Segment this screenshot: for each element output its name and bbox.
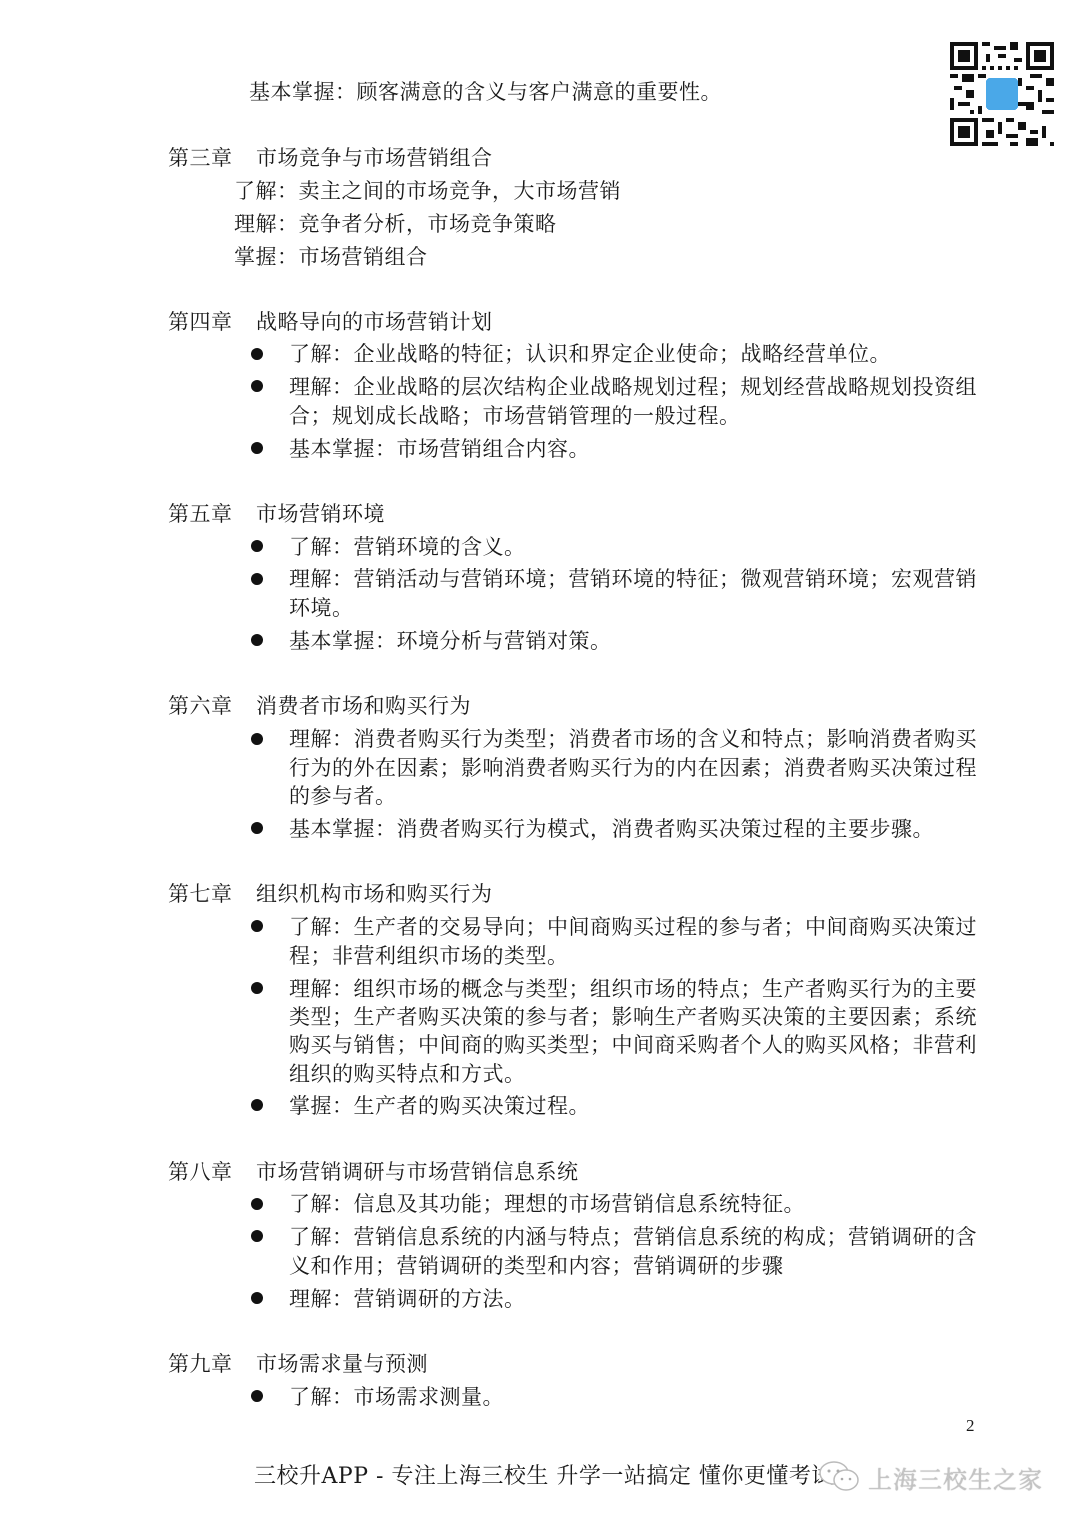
bullet-text: 理解：营销活动与营销环境；营销环境的特征；微观营销环境；宏观营销: [289, 565, 977, 593]
bullet-text: 基本掌握：消费者购买行为模式，消费者购买决策过程的主要步骤。: [289, 815, 934, 843]
bullet-text: 类型；生产者购买决策的参与者；影响生产者购买决策的主要因素；系统: [289, 1003, 977, 1031]
document-page: 基本掌握：顾客满意的含义与客户满意的重要性。 第三章市场竞争与市场营销组合 了解…: [0, 0, 1080, 1527]
intro-line: 基本掌握：顾客满意的含义与客户满意的重要性。: [249, 78, 722, 106]
chapter-title: 消费者市场和购买行为: [256, 694, 471, 718]
chapter-number: 第三章: [168, 144, 256, 172]
bullet-text: 基本掌握：市场营销组合内容。: [289, 435, 590, 463]
bullet-text: 环境。: [289, 594, 354, 622]
bullet-text: 了解：生产者的交易导向；中间商购买过程的参与者；中间商购买决策过: [289, 913, 977, 941]
chapter-title: 战略导向的市场营销计划: [256, 310, 493, 334]
chapter-heading: 第五章市场营销环境: [168, 500, 385, 528]
chapter-heading: 第四章战略导向的市场营销计划: [168, 308, 493, 336]
bullet-icon: [251, 822, 263, 834]
bullet-text: 理解：组织市场的概念与类型；组织市场的特点；生产者购买行为的主要: [289, 975, 977, 1003]
chapter-item: 理解：竞争者分析，市场竞争策略: [234, 210, 557, 238]
bullet-text: 了解：信息及其功能；理想的市场营销信息系统特征。: [289, 1190, 805, 1218]
bullet-icon: [251, 1198, 263, 1210]
bullet-text: 了解：营销环境的含义。: [289, 533, 526, 561]
bullet-icon: [251, 1292, 263, 1304]
bullet-icon: [251, 1390, 263, 1402]
bullet-text: 合；规划成长战略；市场营销管理的一般过程。: [289, 402, 741, 430]
chapter-number: 第八章: [168, 1158, 256, 1186]
bullet-text: 购买与销售；中间商的购买类型；中间商采购者个人的购买风格；非营利: [289, 1031, 977, 1059]
bullet-text: 组织的购买特点和方式。: [289, 1060, 526, 1088]
bullet-icon: [251, 348, 263, 360]
bullet-icon: [251, 573, 263, 585]
bullet-icon: [251, 1099, 263, 1111]
footer-slogan: 三校升APP - 专注上海三校生 升学一站搞定 懂你更懂考试: [254, 1462, 834, 1492]
watermark-text: 上海三校生之家: [868, 1460, 1043, 1495]
chapter-title: 市场营销调研与市场营销信息系统: [256, 1160, 579, 1184]
chapter-number: 第四章: [168, 308, 256, 336]
chapter-heading: 第八章市场营销调研与市场营销信息系统: [168, 1158, 579, 1186]
chapter-heading: 第三章市场竞争与市场营销组合: [168, 144, 493, 172]
chapter-number: 第七章: [168, 880, 256, 908]
bullet-icon: [251, 1230, 263, 1242]
qr-code: [950, 42, 1054, 146]
bullet-text: 理解：企业战略的层次结构企业战略规划过程；规划经营战略规划投资组: [289, 373, 977, 401]
chapter-title: 市场需求量与预测: [256, 1352, 428, 1376]
chapter-item: 掌握：市场营销组合: [234, 243, 428, 271]
chapter-heading: 第六章消费者市场和购买行为: [168, 692, 471, 720]
bullet-text: 行为的外在因素；影响消费者购买行为的内在因素；消费者购买决策过程: [289, 754, 977, 782]
bullet-icon: [251, 634, 263, 646]
chapter-heading: 第七章组织机构市场和购买行为: [168, 880, 493, 908]
bullet-text: 了解：企业战略的特征；认识和界定企业使命；战略经营单位。: [289, 340, 891, 368]
chapter-number: 第六章: [168, 692, 256, 720]
chapter-number: 第九章: [168, 1350, 256, 1378]
chapter-title: 组织机构市场和购买行为: [256, 882, 493, 906]
chapter-heading: 第九章市场需求量与预测: [168, 1350, 428, 1378]
wechat-icon: [818, 1460, 862, 1494]
chapter-number: 第五章: [168, 500, 256, 528]
bullet-text: 程；非营利组织市场的类型。: [289, 942, 569, 970]
bullet-icon: [251, 920, 263, 932]
bullet-text: 理解：营销调研的方法。: [289, 1285, 526, 1313]
chapter-title: 市场营销环境: [256, 502, 385, 526]
bullet-text: 理解：消费者购买行为类型；消费者市场的含义和特点；影响消费者购买: [289, 725, 977, 753]
page-number: 2: [966, 1416, 975, 1436]
bullet-text: 了解：市场需求测量。: [289, 1383, 504, 1411]
bullet-icon: [251, 982, 263, 994]
bullet-text: 掌握：生产者的购买决策过程。: [289, 1092, 590, 1120]
chapter-title: 市场竞争与市场营销组合: [256, 146, 493, 170]
bullet-text: 义和作用；营销调研的类型和内容；营销调研的步骤: [289, 1252, 784, 1280]
chapter-item: 了解：卖主之间的市场竞争，大市场营销: [234, 177, 621, 205]
bullet-text: 的参与者。: [289, 782, 397, 810]
bullet-icon: [251, 540, 263, 552]
bullet-icon: [251, 733, 263, 745]
watermark: 上海三校生之家: [818, 1460, 1043, 1494]
bullet-icon: [251, 442, 263, 454]
bullet-text: 基本掌握：环境分析与营销对策。: [289, 627, 612, 655]
bullet-text: 了解：营销信息系统的内涵与特点；营销信息系统的构成；营销调研的含: [289, 1223, 977, 1251]
bullet-icon: [251, 380, 263, 392]
